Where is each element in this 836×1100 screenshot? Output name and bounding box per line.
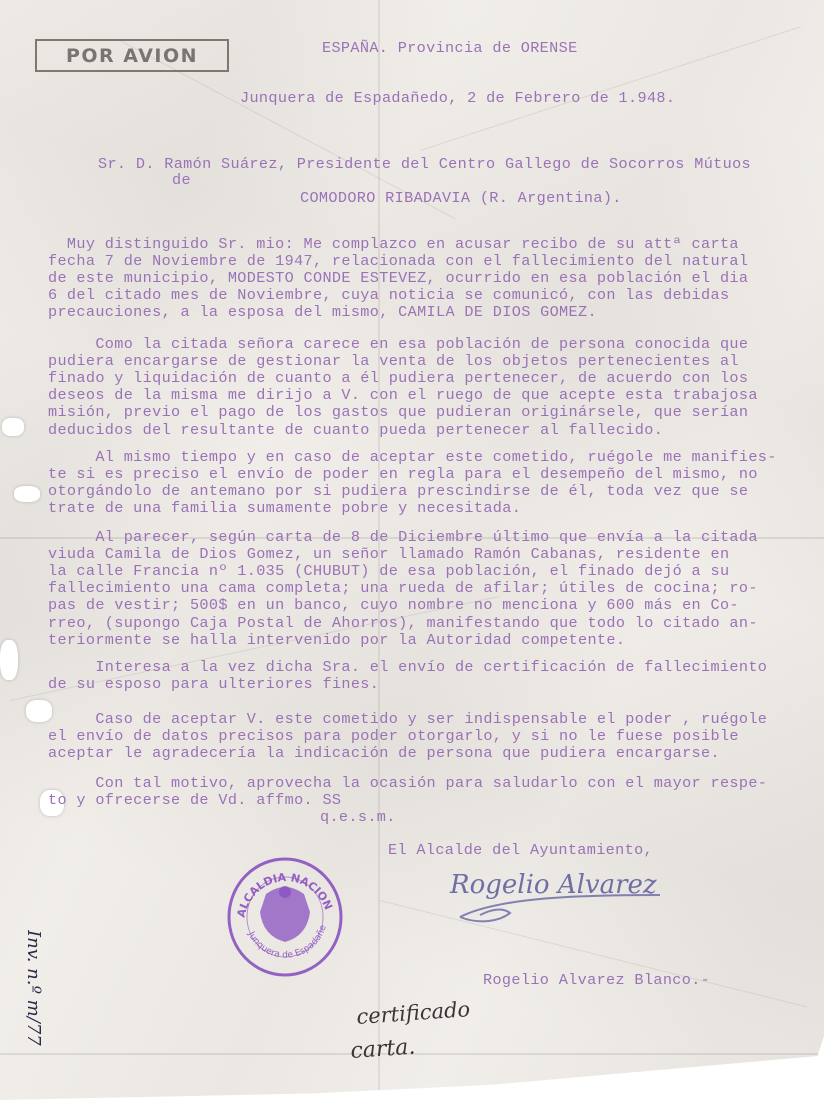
letter-line: 6 del citado mes de Noviembre, cuya noti…	[48, 287, 729, 304]
letter-line: Caso de aceptar V. este cometido y ser i…	[48, 711, 767, 728]
letter-line: Interesa a la vez dicha Sra. el envío de…	[48, 659, 767, 676]
letter-line: aceptar le agradecería la indicación de …	[48, 745, 720, 762]
place-date: Junquera de Espadañedo, 2 de Febrero de …	[240, 90, 675, 107]
letter-line: deducidos del resultante de cuanto pueda…	[48, 422, 663, 439]
letter-line: Como la citada señora carece en esa pobl…	[48, 336, 748, 353]
addressee-line: Sr. D. Ramón Suárez, Presidente del Cent…	[98, 156, 751, 173]
addressee-city: COMODORO RIBADAVIA (R. Argentina).	[300, 190, 622, 207]
letter-line: Al parecer, según carta de 8 de Diciembr…	[48, 529, 758, 546]
letter-line: Con tal motivo, aprovecha la ocasión par…	[48, 775, 767, 792]
closing-abbreviation: q.e.s.m.	[320, 809, 396, 826]
paper-hole	[0, 640, 18, 680]
letter-line: Al mismo tiempo y en caso de aceptar est…	[48, 449, 777, 466]
letter-line: la calle Francia nº 1.035 (CHUBUT) de es…	[48, 563, 729, 580]
letter-line: de este municipio, MODESTO CONDE ESTEVEZ…	[48, 270, 748, 287]
paper-hole	[14, 486, 40, 502]
letter-line: te si es preciso el envío de poder en re…	[48, 466, 758, 483]
letter-line: fecha 7 de Noviembre de 1947, relacionad…	[48, 253, 748, 270]
signatory-name: Rogelio Alvarez Blanco.-	[483, 972, 710, 989]
letter-line: el envío de datos precisos para poder ot…	[48, 728, 739, 745]
letter-line: trate de una familia sumamente pobre y n…	[48, 500, 521, 517]
letter-line: Muy distinguido Sr. mio: Me complazco en…	[48, 236, 739, 253]
letter-line: rreo, (supongo Caja Postal de Ahorros), …	[48, 615, 758, 632]
letter-line: otorgándolo de antemano por si pudiera p…	[48, 483, 748, 500]
letter-line: misión, previo el pago de los gastos que…	[48, 404, 748, 421]
letter-line: viuda Camila de Dios Gomez, un señor lla…	[48, 546, 729, 563]
margin-note-text: Inv. n.º m/77	[23, 930, 44, 1046]
letter-line: to y ofrecerse de Vd. affmo. SS	[48, 792, 341, 809]
addressee-line: de	[172, 172, 191, 189]
note-line: carta.	[350, 1035, 416, 1064]
municipal-seal-stamp: ALCALDIA NACIONAL Junquera de Espadañedo	[226, 856, 344, 978]
letter-line: finado y liquidación de cuanto a él pudi…	[48, 370, 748, 387]
letter-line: pas de vestir; 500$ en un banco, cuyo no…	[48, 597, 739, 614]
letter-line: pudiera encargarse de gestionar la venta…	[48, 353, 739, 370]
letter-line: deseos de la misma me dirijo a V. con el…	[48, 387, 758, 404]
note-line: certificado	[356, 1000, 471, 1029]
letter-line: teriormente se halla intervenido por la …	[48, 632, 625, 649]
margin-inventory-note: Inv. n.º m/77	[16, 930, 56, 1080]
country-province: ESPAÑA. Provincia de ORENSE	[322, 40, 578, 57]
letter-line: precauciones, a la esposa del mismo, CAM…	[48, 304, 597, 321]
letter-line: fallecimiento una cama completa; una rue…	[48, 580, 758, 597]
handwritten-note: certificado carta.	[345, 1000, 545, 1070]
airmail-label: POR AVION	[35, 39, 229, 72]
letter-paper: POR AVION ESPAÑA. Provincia de ORENSE Ju…	[0, 0, 824, 1100]
handwritten-signature: Rogelio Alvarez	[440, 855, 680, 930]
paper-hole	[2, 418, 24, 436]
letter-line: de su esposo para ulteriores fines.	[48, 676, 379, 693]
